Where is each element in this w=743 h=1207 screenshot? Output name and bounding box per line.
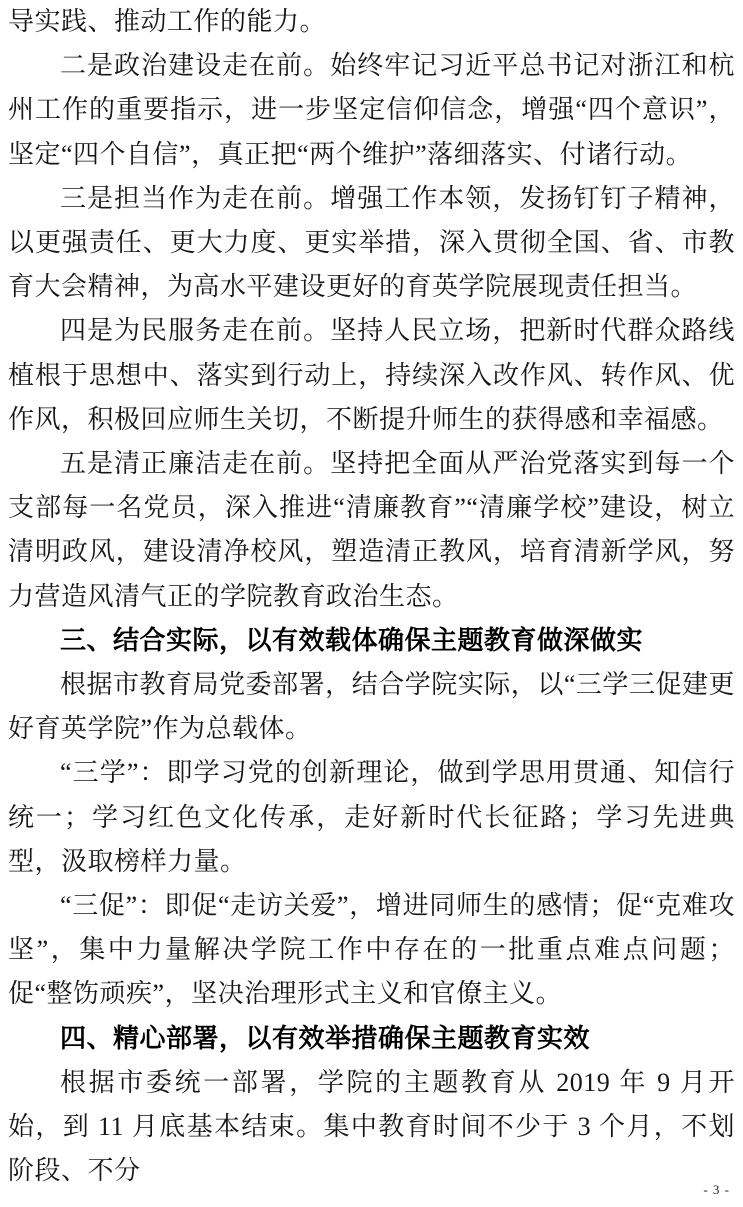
document-page: 导实践、推动工作的能力。二是政治建设走在前。始终牢记习近平总书记对浙江和杭州工作…	[0, 0, 743, 1207]
page-number: - 3 -	[703, 1182, 730, 1198]
paragraph: 四是为民服务走在前。坚持人民立场，把新时代群众路线植根于思想中、落实到行动上，持…	[8, 309, 735, 442]
section-heading: 三、结合实际，以有效载体确保主题教育做深做实	[8, 619, 735, 663]
paragraph: “三促”：即促“走访关爱”，增进同师生的感情；促“克难攻坚”，集中力量解决学院工…	[8, 884, 735, 1017]
paragraph: 三是担当作为走在前。增强工作本领，发扬钉钉子精神，以更强责任、更大力度、更实举措…	[8, 177, 735, 310]
paragraph: “三学”：即学习党的创新理论，做到学思用贯通、知信行统一；学习红色文化传承，走好…	[8, 751, 735, 884]
paragraph: 二是政治建设走在前。始终牢记习近平总书记对浙江和杭州工作的重要指示，进一步坚定信…	[8, 44, 735, 177]
section-heading: 四、精心部署，以有效举措确保主题教育实效	[8, 1017, 735, 1061]
paragraph: 根据市委统一部署，学院的主题教育从 2019 年 9 月开始，到 11 月底基本…	[8, 1061, 735, 1194]
paragraph: 五是清正廉洁走在前。坚持把全面从严治党落实到每一个支部每一名党员，深入推进“清廉…	[8, 442, 735, 619]
paragraph: 导实践、推动工作的能力。	[8, 0, 735, 44]
paragraph: 根据市教育局党委部署，结合学院实际，以“三学三促建更好育英学院”作为总载体。	[8, 663, 735, 751]
document-body: 导实践、推动工作的能力。二是政治建设走在前。始终牢记习近平总书记对浙江和杭州工作…	[8, 0, 735, 1193]
